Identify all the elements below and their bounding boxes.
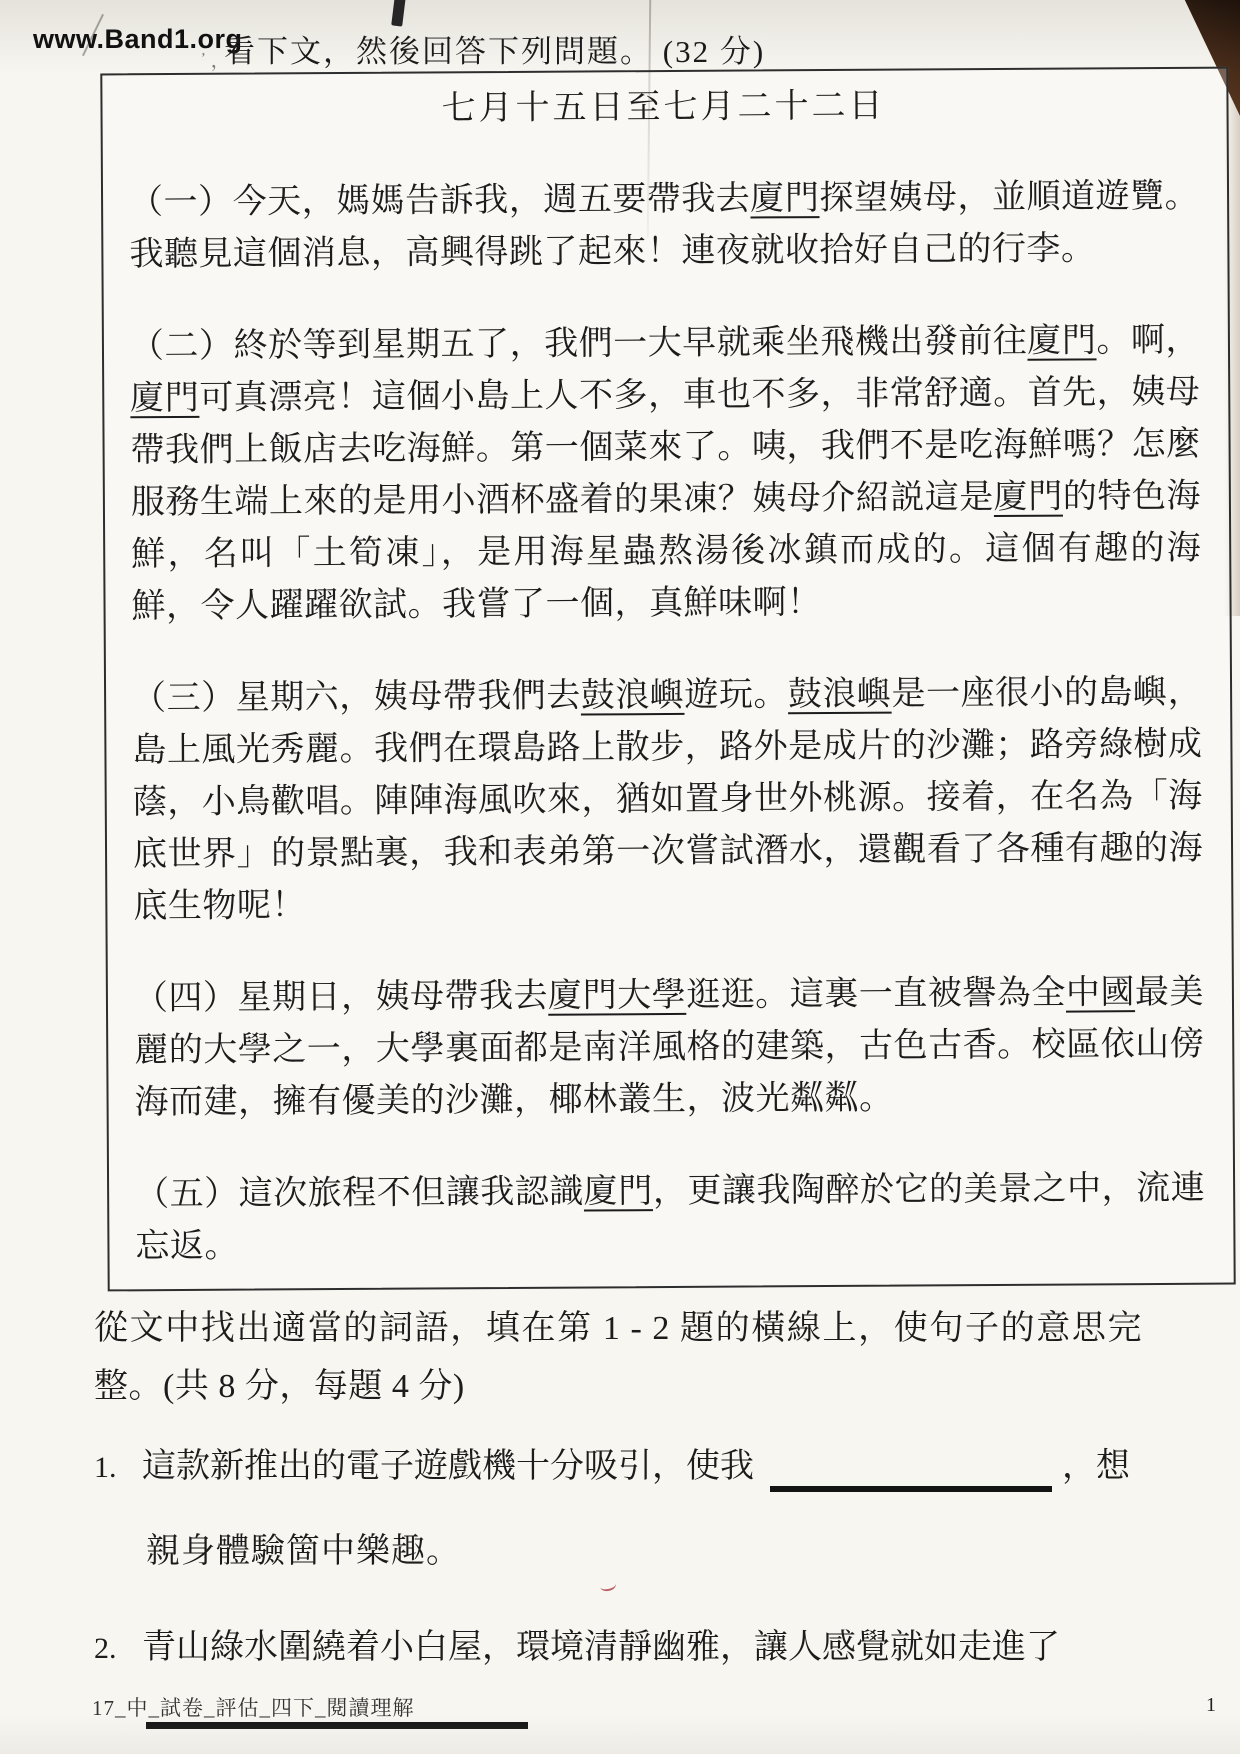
footer-doc-code: 17_中_試卷_評估_四下_閱讀理解	[92, 1692, 415, 1722]
passage-paragraphs: （一）今天，媽媽告訴我，週五要帶我去廈門探望姨母，並順道遊覽。我聽見這個消息，高…	[129, 171, 1206, 1274]
underlined-term: 廈門	[750, 180, 819, 217]
question-1-text-after: ，想	[1062, 1448, 1130, 1485]
underlined-term: 廈門	[130, 380, 199, 417]
passage-paragraph: （五）這次旅程不但讓我認識廈門，更讓我陶醉於它的美景之中，流連忘返。	[135, 1163, 1206, 1274]
answer-blank-2[interactable]	[146, 1722, 528, 1729]
section-instruction: 看下文，然後回答下列問題。 (32 分)	[224, 26, 765, 71]
question-1-line2: 親身體驗箇中樂趣。	[146, 1525, 1142, 1579]
page-number: 1	[1206, 1694, 1216, 1717]
underlined-term: 廈門	[1027, 322, 1096, 359]
passage-paragraph: （二）終於等到星期五了，我們一大早就乘坐飛機出發前往廈門。啊，廈門可真漂亮！這個…	[130, 315, 1202, 634]
underlined-term: 鼓浪嶼	[581, 677, 685, 715]
question-instructions: 從文中找出適當的詞語，填在第 1 - 2 題的橫線上，使句子的意思完整。(共 8…	[94, 1300, 1142, 1416]
question-section: 從文中找出適當的詞語，填在第 1 - 2 題的橫線上，使句子的意思完整。(共 8…	[94, 1300, 1142, 1729]
question-2-number: 2.	[94, 1622, 142, 1676]
passage-paragraph: （三）星期六，姨母帶我們去鼓浪嶼遊玩。鼓浪嶼是一座很小的島嶼，島上風光秀麗。我們…	[132, 667, 1204, 934]
passage-paragraph: （一）今天，媽媽告訴我，週五要帶我去廈門探望姨母，並順道遊覽。我聽見這個消息，高…	[129, 171, 1200, 282]
question-1: 1.這款新推出的電子遊戲機十分吸引，使我，想 親身體驗箇中樂趣。	[94, 1440, 1142, 1579]
underlined-term: 中國	[1066, 974, 1135, 1011]
underlined-term: 廈門	[584, 1173, 653, 1210]
question-2-text: 青山綠水圍繞着小白屋，環境清靜幽雅，讓人感覺就如走進了	[142, 1629, 1060, 1666]
scanned-exam-page: www.Band1.org ᾿， 看下文，然後回答下列問題。 (32 分) 七月…	[0, 0, 1240, 1754]
underlined-term: 鼓浪嶼	[788, 676, 892, 714]
passage-paragraph: （四）星期日，姨母帶我去廈門大學逛逛。這裏一直被譽為全中國最美麗的大學之一，大學…	[134, 967, 1205, 1130]
question-1-text: 這款新推出的電子遊戲機十分吸引，使我	[142, 1448, 754, 1485]
underlined-term: 廈門	[994, 479, 1063, 516]
answer-blank-1[interactable]	[770, 1455, 1052, 1492]
question-1-number: 1.	[94, 1441, 142, 1495]
scan-tick-artifact	[391, 0, 406, 27]
passage-box: 七月十五日至七月二十二日 （一）今天，媽媽告訴我，週五要帶我去廈門探望姨母，並順…	[100, 67, 1235, 1292]
passage-title: 七月十五日至七月二十二日	[128, 79, 1198, 138]
underlined-term: 廈門大學	[548, 977, 686, 1015]
